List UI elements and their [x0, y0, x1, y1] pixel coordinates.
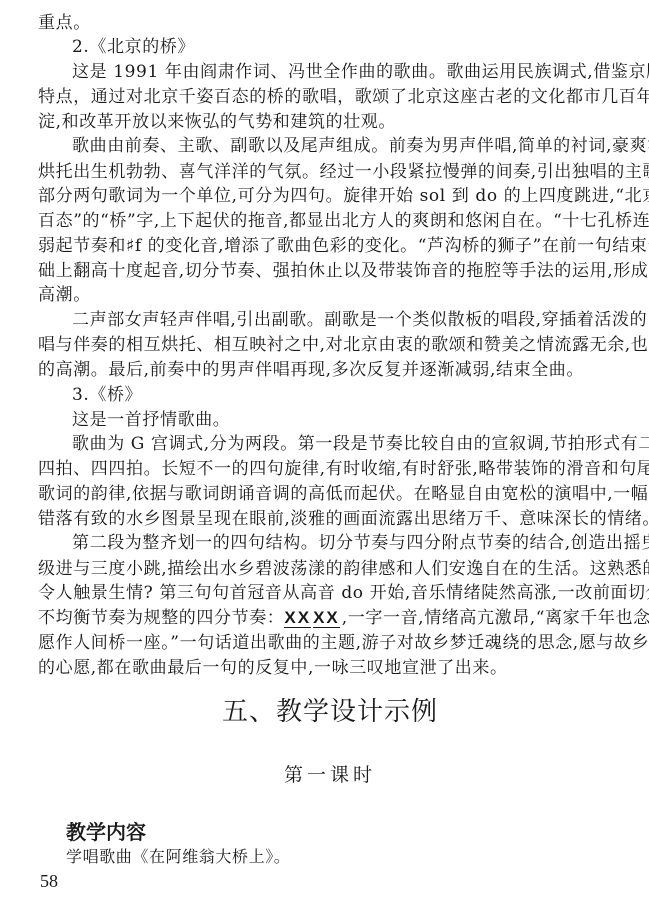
body-text-line: 四拍、四四拍。长短不一的四句旋律,有时收缩,有时舒张,略带装饰的滑音和句尾拖腔,… — [38, 457, 622, 481]
body-text-line: 重点。 — [38, 11, 91, 35]
rhythm-text-before: 不均衡节奏为规整的四分节奏： — [38, 608, 284, 628]
body-text-line: 二声部女声轻声伴唱,引出副歌。副歌是一个类似散板的唱段,穿插着活泼的间奏,在歌 — [72, 308, 622, 332]
body-text-line: 这是一首抒情歌曲。 — [72, 408, 230, 432]
body-text-line: 百态”的“桥”字,上下起伏的拖音,都显出北方人的爽朗和悠闲自在。“十七孔桥连玉带… — [38, 209, 622, 233]
rhythm-notation: XXXX — [284, 606, 341, 630]
subheading-teaching-content: 教学内容 — [66, 819, 146, 845]
body-text-line: 歌曲为 G 宫调式,分为两段。第一段是节奏比较自由的宣叙调,节拍形式有二四拍、三 — [72, 432, 622, 456]
lesson-heading: 第一课时 — [38, 763, 622, 787]
body-text-line: 部分两句歌词为一个单位,可分为四句。旋律开始 sol 到 do 的上四度跳进,“… — [38, 184, 622, 208]
body-text-line: 3.《桥》 — [72, 383, 142, 407]
body-text-line: 级进与三度小跳,描绘出水乡碧波荡漾的韵律感和人们安逸自在的生活。这熟悉的情景怎不 — [38, 557, 622, 581]
teaching-content-text: 学唱歌曲《在阿维翁大桥上》。 — [66, 846, 290, 868]
rhythm-notation-line: 不均衡节奏为规整的四分节奏：XXXX,一字一音,情绪高亢激昂,“离家千年也念故乡… — [38, 606, 649, 630]
body-text-line: 这是 1991 年由阎肃作词、冯世全作曲的歌曲。歌曲运用民族调式,借鉴京剧唱腔的… — [72, 60, 622, 84]
rhythm-text-after: ,一字一音,情绪高亢激昂,“离家千年也念故乡啊, — [342, 608, 649, 628]
body-text-line: 令人触景生情? 第三句句首冠音从高音 do 开始,音乐情绪陡然高涨,一改前面切分… — [38, 581, 622, 605]
body-text-line: 弱起节奏和♯f 的变化音,增添了歌曲色彩的变化。“芦沟桥的狮子”在前一句结束音 … — [38, 234, 622, 258]
body-text-line: 歌曲由前奏、主歌、副歌以及尾声组成。前奏为男声伴唱,简单的衬词,豪爽洒脱的演唱, — [72, 134, 622, 158]
body-text-line: 淀,和改革开放以来恢弘的气势和建筑的壮观。 — [38, 110, 396, 134]
eighth-note-beam: XX — [284, 609, 311, 628]
body-text-line: 第二段为整齐划一的四句结构。切分节奏与四分附点节奏的结合,创造出摇曳的动感, — [72, 531, 622, 555]
eighth-note-beam: XX — [313, 609, 340, 628]
body-text-line: 础上翻高十度起音,切分节奏、强拍休止以及带装饰音的拖腔等手法的运用,形成歌曲的小 — [38, 259, 622, 283]
body-text-line: 高潮。 — [38, 283, 91, 307]
body-text-line: 的心愿,都在歌曲最后一句的反复中,一咏三叹地宣泄了出来。 — [38, 656, 508, 680]
page-number: 58 — [40, 870, 58, 892]
body-text-line: 歌词的韵律,依据与歌词朗诵音调的高低而起伏。在略显自由宽松的演唱中,一幅清新灵秀… — [38, 482, 622, 506]
body-text-line: 特点，通过对北京千姿百态的桥的歌唱，歌颂了北京这座古老的文化都市几百年的文化积 — [38, 85, 622, 109]
body-text-line: 唱与伴奏的相互烘托、相互映衬之中,对北京由衷的歌颂和赞美之情流露无余,也掀起歌曲 — [38, 333, 622, 357]
body-text-line: 错落有致的水乡图景呈现在眼前,淡雅的画面流露出思绪万千、意味深长的情绪。 — [38, 507, 649, 531]
body-text-line: 烘托出生机勃勃、喜气洋洋的气氛。经过一小段紧拉慢弹的间奏,引出独唱的主歌部分。这 — [38, 160, 622, 184]
body-text-line: 的高潮。最后,前奏中的男声伴唱再现,多次反复并逐渐减弱,结束全曲。 — [38, 358, 584, 382]
body-text-line: 愿作人间桥一座。”一句话道出歌曲的主题,游子对故乡梦迁魂绕的思念,愿与故乡长相厮… — [38, 631, 622, 655]
section-heading: 五、教学设计示例 — [38, 697, 622, 727]
body-text-line: 2.《北京的桥》 — [72, 35, 195, 59]
